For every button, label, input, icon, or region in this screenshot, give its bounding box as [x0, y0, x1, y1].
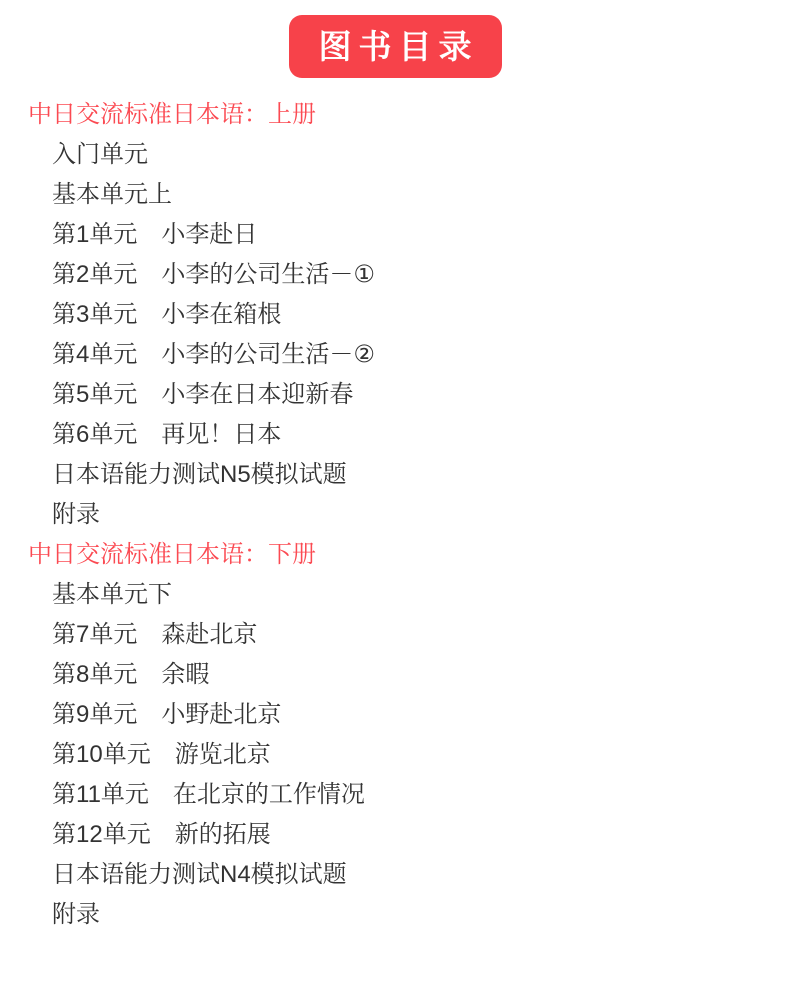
- toc-item: 第1单元 小李赴日: [0, 215, 790, 255]
- toc-item: 第5单元 小李在日本迎新春: [0, 375, 790, 415]
- section-title-volume-1: 中日交流标准日本语：上册: [0, 95, 790, 135]
- toc-item: 第4单元 小李的公司生活－②: [0, 335, 790, 375]
- book-catalog-page: 图书目录 中日交流标准日本语：上册 入门单元 基本单元上 第1单元 小李赴日 第…: [0, 0, 790, 992]
- catalog-badge: 图书目录: [289, 15, 502, 78]
- toc-item: 日本语能力测试N4模拟试题: [0, 855, 790, 895]
- toc-item: 附录: [0, 895, 790, 935]
- toc-item: 第12单元 新的拓展: [0, 815, 790, 855]
- catalog-badge-row: 图书目录: [0, 0, 790, 78]
- toc-item: 第9单元 小野赴北京: [0, 695, 790, 735]
- toc-item: 第10单元 游览北京: [0, 735, 790, 775]
- toc-item: 附录: [0, 495, 790, 535]
- toc-item: 第7单元 森赴北京: [0, 615, 790, 655]
- toc-item: 入门单元: [0, 135, 790, 175]
- toc-item: 日本语能力测试N5模拟试题: [0, 455, 790, 495]
- table-of-contents: 中日交流标准日本语：上册 入门单元 基本单元上 第1单元 小李赴日 第2单元 小…: [0, 95, 790, 935]
- section-title-volume-2: 中日交流标准日本语：下册: [0, 535, 790, 575]
- toc-item: 第2单元 小李的公司生活－①: [0, 255, 790, 295]
- toc-item: 第3单元 小李在箱根: [0, 295, 790, 335]
- toc-item: 基本单元下: [0, 575, 790, 615]
- toc-item: 基本单元上: [0, 175, 790, 215]
- toc-item: 第8单元 余暇: [0, 655, 790, 695]
- toc-item: 第11单元 在北京的工作情况: [0, 775, 790, 815]
- toc-item: 第6单元 再见！日本: [0, 415, 790, 455]
